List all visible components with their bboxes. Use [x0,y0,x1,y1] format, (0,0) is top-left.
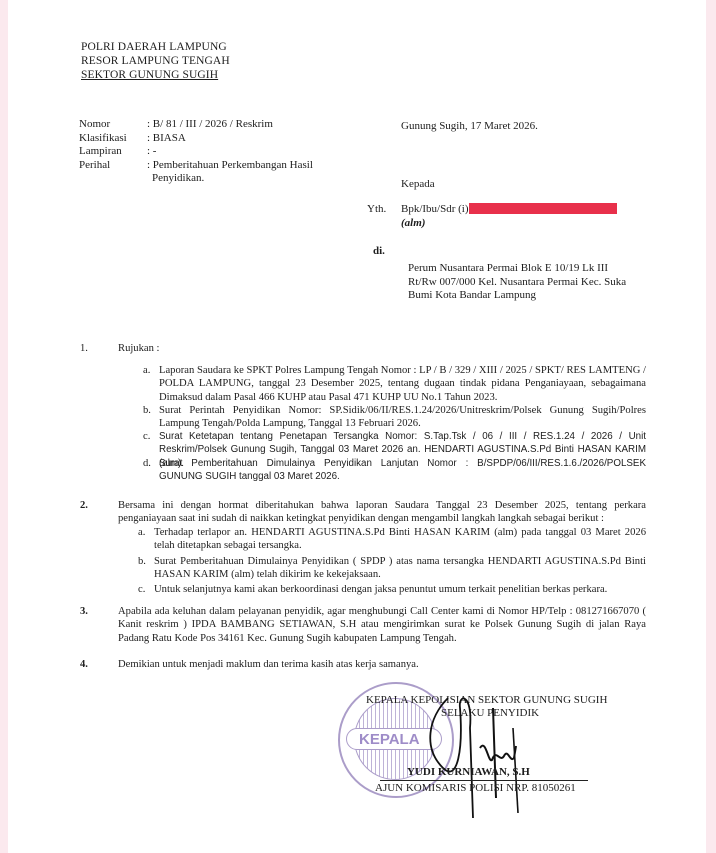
section-1-number: 1. [80,342,88,355]
letter-meta: Nomor: B/ 81 / III / 2026 / Reskrim Klas… [79,118,313,186]
meta-value-nomor: : B/ 81 / III / 2026 / Reskrim [147,118,273,132]
s1-item-c-letter: c. [143,430,150,443]
kepada-label: Kepada [401,178,435,192]
recipient-prefix: Bpk/Ibu/Sdr (i) [401,203,469,215]
s1-item-b: Surat Perintah Penyidikan Nomor: SP.Sidi… [159,404,646,431]
letterhead: POLRI DAERAH LAMPUNG RESOR LAMPUNG TENGA… [81,40,230,82]
address-line-2: Rt/Rw 007/000 Kel. Nusantara Permai Kec.… [408,276,626,290]
s1-item-a: Laporan Saudara ke SPKT Polres Lampung T… [159,364,646,404]
s1-item-d: Surat Pemberitahuan Dimulainya Penyidika… [159,457,646,484]
meta-value-perihal: : Pemberitahuan Perkembangan Hasil [147,159,313,173]
recipient-name: Bpk/Ibu/Sdr (i) [401,203,617,217]
s1-item-d-letter: d. [143,457,151,470]
section-2-text: Bersama ini dengan hormat diberitahukan … [118,499,646,526]
meta-value-klasifikasi: : BIASA [147,132,186,146]
s2-item-b-letter: b. [138,555,146,568]
meta-value-lampiran: : - [147,145,156,159]
recipient-address: Perum Nusantara Permai Blok E 10/19 Lk I… [408,262,626,303]
meta-label-perihal: Perihal [79,159,147,173]
s2-item-c: Untuk selanjutnya kami akan berkoordinas… [154,583,607,596]
section-3-number: 3. [80,605,88,618]
s1-item-b-letter: b. [143,404,151,417]
place-date: Gunung Sugih, 17 Maret 2026. [401,120,538,134]
letter-page: POLRI DAERAH LAMPUNG RESOR LAMPUNG TENGA… [8,0,706,853]
letterhead-line-3: SEKTOR GUNUNG SUGIH [81,68,230,82]
address-line-3: Bumi Kota Bandar Lampung [408,289,626,303]
handwritten-signature [418,688,538,828]
section-1-title: Rujukan : [118,342,160,355]
redaction-bar [469,203,617,214]
recipient-alm: (alm) [401,217,425,231]
s2-item-c-letter: c. [138,583,145,596]
meta-label-lampiran: Lampiran [79,145,147,159]
s2-item-b: Surat Pemberitahuan Dimulainya Penyidika… [154,555,646,582]
address-line-1: Perum Nusantara Permai Blok E 10/19 Lk I… [408,262,626,276]
signature-underline [380,780,588,781]
meta-perihal-continued: Penyidikan. [79,172,313,186]
di-label: di. [373,245,385,259]
yth-label: Yth. [367,203,386,217]
s2-item-a: Terhadap terlapor an. HENDARTI AGUSTINA.… [154,526,646,553]
s2-item-a-letter: a. [138,526,145,539]
signatory-rank: AJUN KOMISARIS POLISI NRP. 81050261 [375,782,576,795]
signatory-name: YUDI KURNIAWAN, S.H [407,766,530,779]
section-4-number: 4. [80,658,88,671]
section-2-number: 2. [80,499,88,512]
s1-item-a-letter: a. [143,364,150,377]
section-3-text: Apabila ada keluhan dalam pelayanan peny… [118,605,646,645]
meta-label-klasifikasi: Klasifikasi [79,132,147,146]
letterhead-line-1: POLRI DAERAH LAMPUNG [81,40,230,54]
meta-label-nomor: Nomor [79,118,147,132]
letterhead-line-2: RESOR LAMPUNG TENGAH [81,54,230,68]
section-4-text: Demikian untuk menjadi maklum dan terima… [118,658,419,671]
